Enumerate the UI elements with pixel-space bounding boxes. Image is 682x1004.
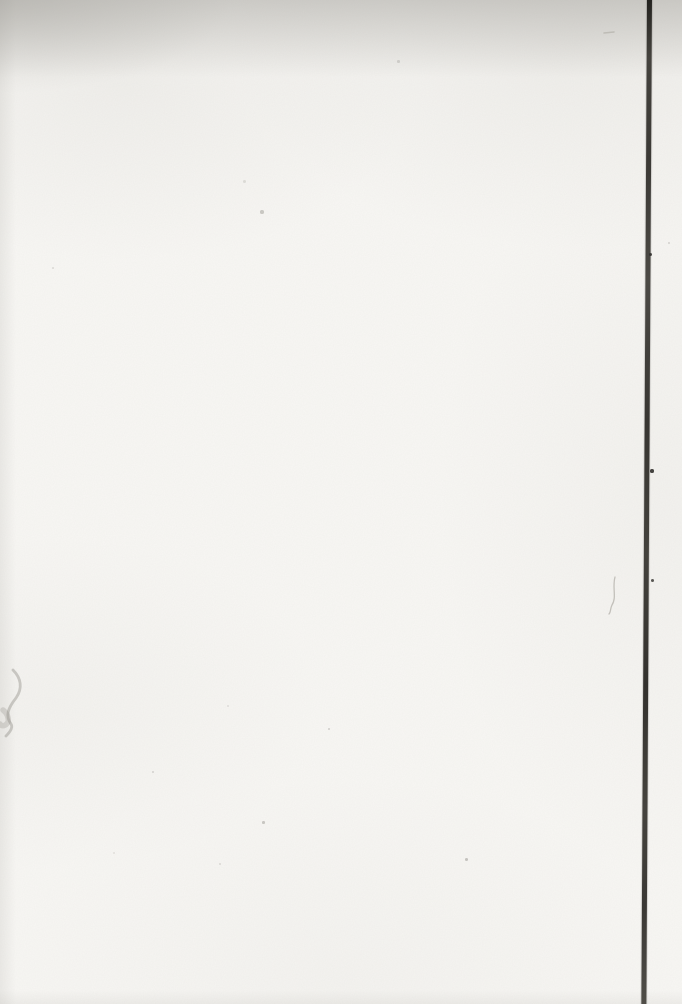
paper-speck <box>243 180 246 183</box>
paper-speck <box>262 821 265 824</box>
paper-speck <box>152 771 154 773</box>
paper-speck <box>219 863 221 865</box>
scanned-blank-page <box>0 0 682 1004</box>
paper-speck <box>651 579 654 582</box>
paper-speck <box>113 852 115 854</box>
paper-speck <box>260 210 264 214</box>
specks-layer <box>0 0 682 1004</box>
paper-speck <box>52 267 54 269</box>
paper-speck <box>649 253 652 256</box>
paper-speck <box>668 242 670 244</box>
paper-speck <box>397 60 400 63</box>
paper-speck <box>465 858 468 861</box>
paper-speck <box>650 469 654 473</box>
paper-speck <box>227 705 229 707</box>
paper-speck <box>328 728 330 730</box>
